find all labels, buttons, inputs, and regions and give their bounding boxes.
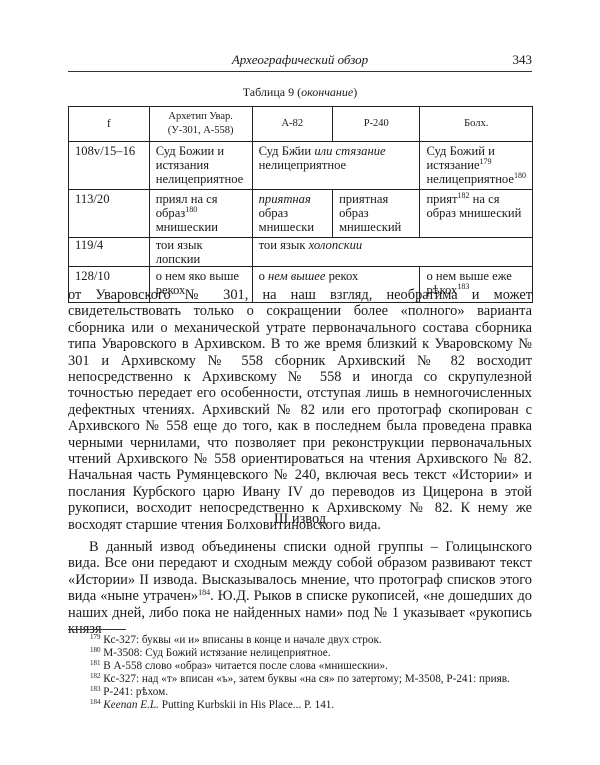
footnote-ref[interactable]: 182 (458, 191, 470, 200)
collation-table: f Архетип Увар. (У-301, А-558) А-82 Р-24… (68, 106, 533, 303)
footnote-number: 182 (90, 672, 101, 680)
cell-archetype: Суд Божии и истязания нелицеприятное (149, 142, 252, 190)
cell-italic: холопскии (309, 238, 363, 252)
cell-italic: приятная (259, 192, 311, 206)
caption-italic: окончание (301, 85, 353, 99)
footnote-181: 181 В А-558 слово «образ» читается после… (90, 660, 535, 673)
cell-f: 119/4 (69, 238, 150, 267)
footnote-number: 184 (90, 698, 101, 706)
cell-text: прият (426, 192, 457, 206)
running-title: Археографический обзор (68, 52, 532, 68)
cell-text: нелицеприятное (259, 158, 347, 172)
cell-text: тои язык (259, 238, 309, 252)
paragraph-text: В данный извод объединены списки одной г… (68, 539, 532, 637)
header-archetype: Архетип Увар. (У-301, А-558) (149, 107, 252, 142)
table-row: 108v/15–16 Суд Божии и истязания нелицеп… (69, 142, 533, 190)
running-head: Археографический обзор 343 (68, 51, 532, 69)
footnote-number: 183 (90, 685, 101, 693)
footnotes: 179 Кс-327: буквы «и и» вписаны в конце … (90, 634, 535, 712)
footnote-text: Кс-327: буквы «и и» вписаны в конце и на… (103, 634, 381, 646)
footnote-180: 180 М-3508: Суд Божий истязание нелицепр… (90, 647, 535, 660)
caption-suffix: ) (353, 85, 357, 99)
cell-text: о (259, 269, 268, 283)
body-paragraph-2: В данный извод объединены списки одной г… (68, 539, 532, 637)
body-paragraph-1: от Уваровского № 301, на наш взгляд, нео… (68, 287, 532, 533)
cell-bolkh: Суд Божий и истязание179 нелицеприятное1… (420, 142, 533, 190)
cell-text: рекох (325, 269, 358, 283)
footnote-text: М-3508: Суд Божий истязание нелицеприятн… (103, 647, 330, 659)
footnote-ref[interactable]: 180 (185, 205, 197, 214)
footnote-ref[interactable]: 180 (514, 171, 526, 180)
caption-prefix: Таблица 9 ( (243, 85, 301, 99)
cell-merged: тои язык холопскии (252, 238, 532, 267)
cell-archetype: тои язык лопскии (149, 238, 252, 267)
header-rule (68, 71, 532, 72)
footnote-number: 180 (90, 646, 101, 654)
table-row: 113/20 приял на ся образ180 мнишескии пр… (69, 190, 533, 238)
header-bolkh: Болх. (420, 107, 533, 142)
cell-f: 113/20 (69, 190, 150, 238)
cell-archetype: приял на ся образ180 мнишескии (149, 190, 252, 238)
footnote-text: Putting Kurbskii in His Place... P. 141. (159, 699, 334, 711)
footnote-text: Кс-327: над «т» вписан «ъ», затем буквы … (103, 673, 510, 685)
footnote-184: 184 Keenan E.L. Putting Kurbskii in His … (90, 699, 535, 712)
footnote-179: 179 Кс-327: буквы «и и» вписаны в конце … (90, 634, 535, 647)
header-f: f (69, 107, 150, 142)
header-a82: А-82 (252, 107, 332, 142)
cell-r240: приятная образ мнишеский (333, 190, 420, 238)
cell-text: образ мнишески (259, 206, 315, 234)
paragraph-text: от Уваровского № 301, на наш взгляд, нео… (68, 287, 532, 533)
footnote-text: Р-241: рѣхом. (103, 686, 168, 698)
footnote-number: 181 (90, 659, 101, 667)
cell-bolkh: прият182 на ся образ мнишеский (420, 190, 533, 238)
table-header-row: f Архетип Увар. (У-301, А-558) А-82 Р-24… (69, 107, 533, 142)
header-r240: Р-240 (333, 107, 420, 142)
footnote-182: 182 Кс-327: над «т» вписан «ъ», затем бу… (90, 673, 535, 686)
cell-text: мнишескии (156, 220, 218, 234)
cell-a82: приятная образ мнишески (252, 190, 332, 238)
footnote-number: 179 (90, 633, 101, 641)
book-page: Археографический обзор 343 Таблица 9 (ок… (0, 0, 600, 765)
cell-a82-r240: Суд Бж҃ии или стязание нелицеприятное (252, 142, 420, 190)
table-caption: Таблица 9 (окончание) (68, 85, 532, 100)
footnote-rule (68, 629, 126, 630)
cell-f: 108v/15–16 (69, 142, 150, 190)
cell-italic: нем вышее (268, 269, 325, 283)
section-heading: III извод (68, 511, 532, 528)
page-number: 343 (513, 52, 533, 68)
footnote-author: Keenan E.L. (103, 699, 159, 711)
table-row: 119/4 тои язык лопскии тои язык холопски… (69, 238, 533, 267)
footnote-183: 183 Р-241: рѣхом. (90, 686, 535, 699)
cell-text: Суд Бж҃ии (259, 144, 315, 158)
footnote-ref[interactable]: 184 (198, 588, 210, 597)
cell-italic: или стязание (314, 144, 385, 158)
footnote-ref[interactable]: 179 (480, 157, 492, 166)
footnote-text: В А-558 слово «образ» читается после сло… (103, 660, 388, 672)
cell-text: нелицеприятное (426, 172, 514, 186)
